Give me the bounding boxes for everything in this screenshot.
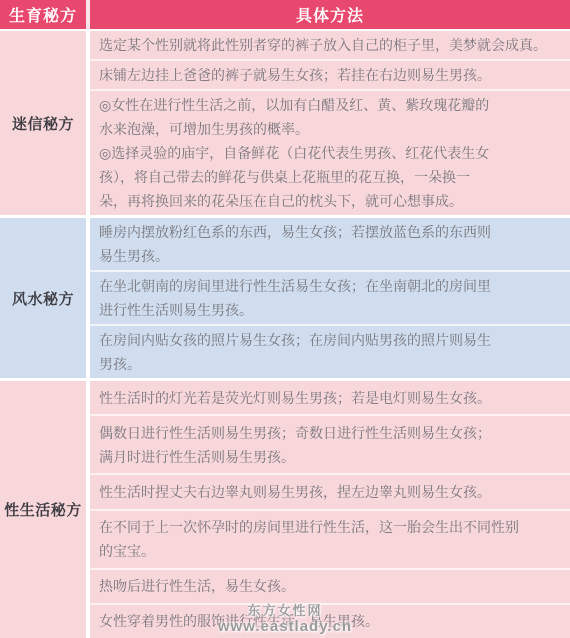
method-text: 性生活时的灯光若是荧光灯则易生男孩；若是电灯则易生女孩。 bbox=[99, 386, 491, 410]
method-row: 性生活时的灯光若是荧光灯则易生男孩；若是电灯则易生女孩。 bbox=[90, 381, 570, 414]
header-cell-secret-type: 生育秘方 bbox=[0, 0, 86, 29]
category-label-fengshui: 风水秘方 bbox=[0, 218, 86, 378]
method-text: 热吻后进行性生活，易生女孩。 bbox=[99, 574, 295, 598]
method-row: 床铺左边挂上爸爸的裤子就易生女孩；若挂在右边则易生男孩。 bbox=[90, 61, 570, 89]
header-cell-method: 具体方法 bbox=[90, 0, 570, 29]
method-row: 热吻后进行性生活，易生女孩。 bbox=[90, 570, 570, 603]
method-text: 在不同于上一次怀孕时的房间里进行性生活，这一胎会生出不同性别 的宝宝。 bbox=[99, 515, 519, 563]
section-fengshui: 风水秘方 睡房内摆放粉红色系的东西，易生女孩；若摆放蓝色系的东西则 易生男孩。 … bbox=[0, 218, 570, 378]
method-text: 性生活时捏丈夫右边睾丸则易生男孩，捏左边睾丸则易生女孩。 bbox=[99, 480, 491, 504]
header-secret-type-label: 生育秘方 bbox=[9, 3, 77, 26]
method-rows: 睡房内摆放粉红色系的东西，易生女孩；若摆放蓝色系的东西则 易生男孩。 在坐北朝南… bbox=[90, 218, 570, 378]
method-row: 选定某个性别就将此性别者穿的裤子放入自己的柜子里，美梦就会成真。 bbox=[90, 31, 570, 59]
table-header-row: 生育秘方 具体方法 bbox=[0, 0, 570, 29]
method-row: 偶数日进行性生活则易生男孩；奇数日进行性生活则易生女孩； 满月时进行性生活则易生… bbox=[90, 416, 570, 473]
method-rows: 选定某个性别就将此性别者穿的裤子放入自己的柜子里，美梦就会成真。 床铺左边挂上爸… bbox=[90, 31, 570, 215]
method-row: 睡房内摆放粉红色系的东西，易生女孩；若摆放蓝色系的东西则 易生男孩。 bbox=[90, 218, 570, 270]
method-row: ◎女性在进行性生活之前，以加有白醋及红、黄、紫玫瑰花瓣的 水来泡澡，可增加生男孩… bbox=[90, 91, 570, 215]
method-text: ◎女性在进行性生活之前，以加有白醋及红、黄、紫玫瑰花瓣的 水来泡澡，可增加生男孩… bbox=[99, 93, 489, 213]
category-label-superstition: 迷信秘方 bbox=[0, 31, 86, 215]
method-row: 在不同于上一次怀孕时的房间里进行性生活，这一胎会生出不同性别 的宝宝。 bbox=[90, 511, 570, 568]
method-row: 在房间内贴女孩的照片易生女孩；在房间内贴男孩的照片则易生 男孩。 bbox=[90, 326, 570, 378]
section-superstition: 迷信秘方 选定某个性别就将此性别者穿的裤子放入自己的柜子里，美梦就会成真。 床铺… bbox=[0, 31, 570, 215]
method-row: 在坐北朝南的房间里进行性生活易生女孩；在坐南朝北的房间里 进行性生活则易生男孩。 bbox=[90, 272, 570, 324]
method-text: 在房间内贴女孩的照片易生女孩；在房间内贴男孩的照片则易生 男孩。 bbox=[99, 328, 491, 376]
method-row: 女性穿着男性的服饰进行性生活，易生男孩。 bbox=[90, 605, 570, 638]
header-method-label: 具体方法 bbox=[296, 3, 364, 26]
method-row: 性生活时捏丈夫右边睾丸则易生男孩，捏左边睾丸则易生女孩。 bbox=[90, 475, 570, 508]
method-text: 选定某个性别就将此性别者穿的裤子放入自己的柜子里，美梦就会成真。 bbox=[99, 33, 547, 57]
method-text: 睡房内摆放粉红色系的东西，易生女孩；若摆放蓝色系的东西则 易生男孩。 bbox=[99, 220, 491, 268]
method-text: 床铺左边挂上爸爸的裤子就易生女孩；若挂在右边则易生男孩。 bbox=[99, 63, 491, 87]
category-label-sexlife: 性生活秘方 bbox=[0, 381, 86, 638]
method-text: 在坐北朝南的房间里进行性生活易生女孩；在坐南朝北的房间里 进行性生活则易生男孩。 bbox=[99, 274, 491, 322]
method-rows: 性生活时的灯光若是荧光灯则易生男孩；若是电灯则易生女孩。 偶数日进行性生活则易生… bbox=[90, 381, 570, 638]
method-text: 女性穿着男性的服饰进行性生活，易生男孩。 bbox=[99, 609, 379, 633]
fertility-methods-table: 生育秘方 具体方法 迷信秘方 选定某个性别就将此性别者穿的裤子放入自己的柜子里，… bbox=[0, 0, 570, 638]
method-text: 偶数日进行性生活则易生男孩；奇数日进行性生活则易生女孩； 满月时进行性生活则易生… bbox=[99, 421, 491, 469]
section-sexlife: 性生活秘方 性生活时的灯光若是荧光灯则易生男孩；若是电灯则易生女孩。 偶数日进行… bbox=[0, 381, 570, 638]
